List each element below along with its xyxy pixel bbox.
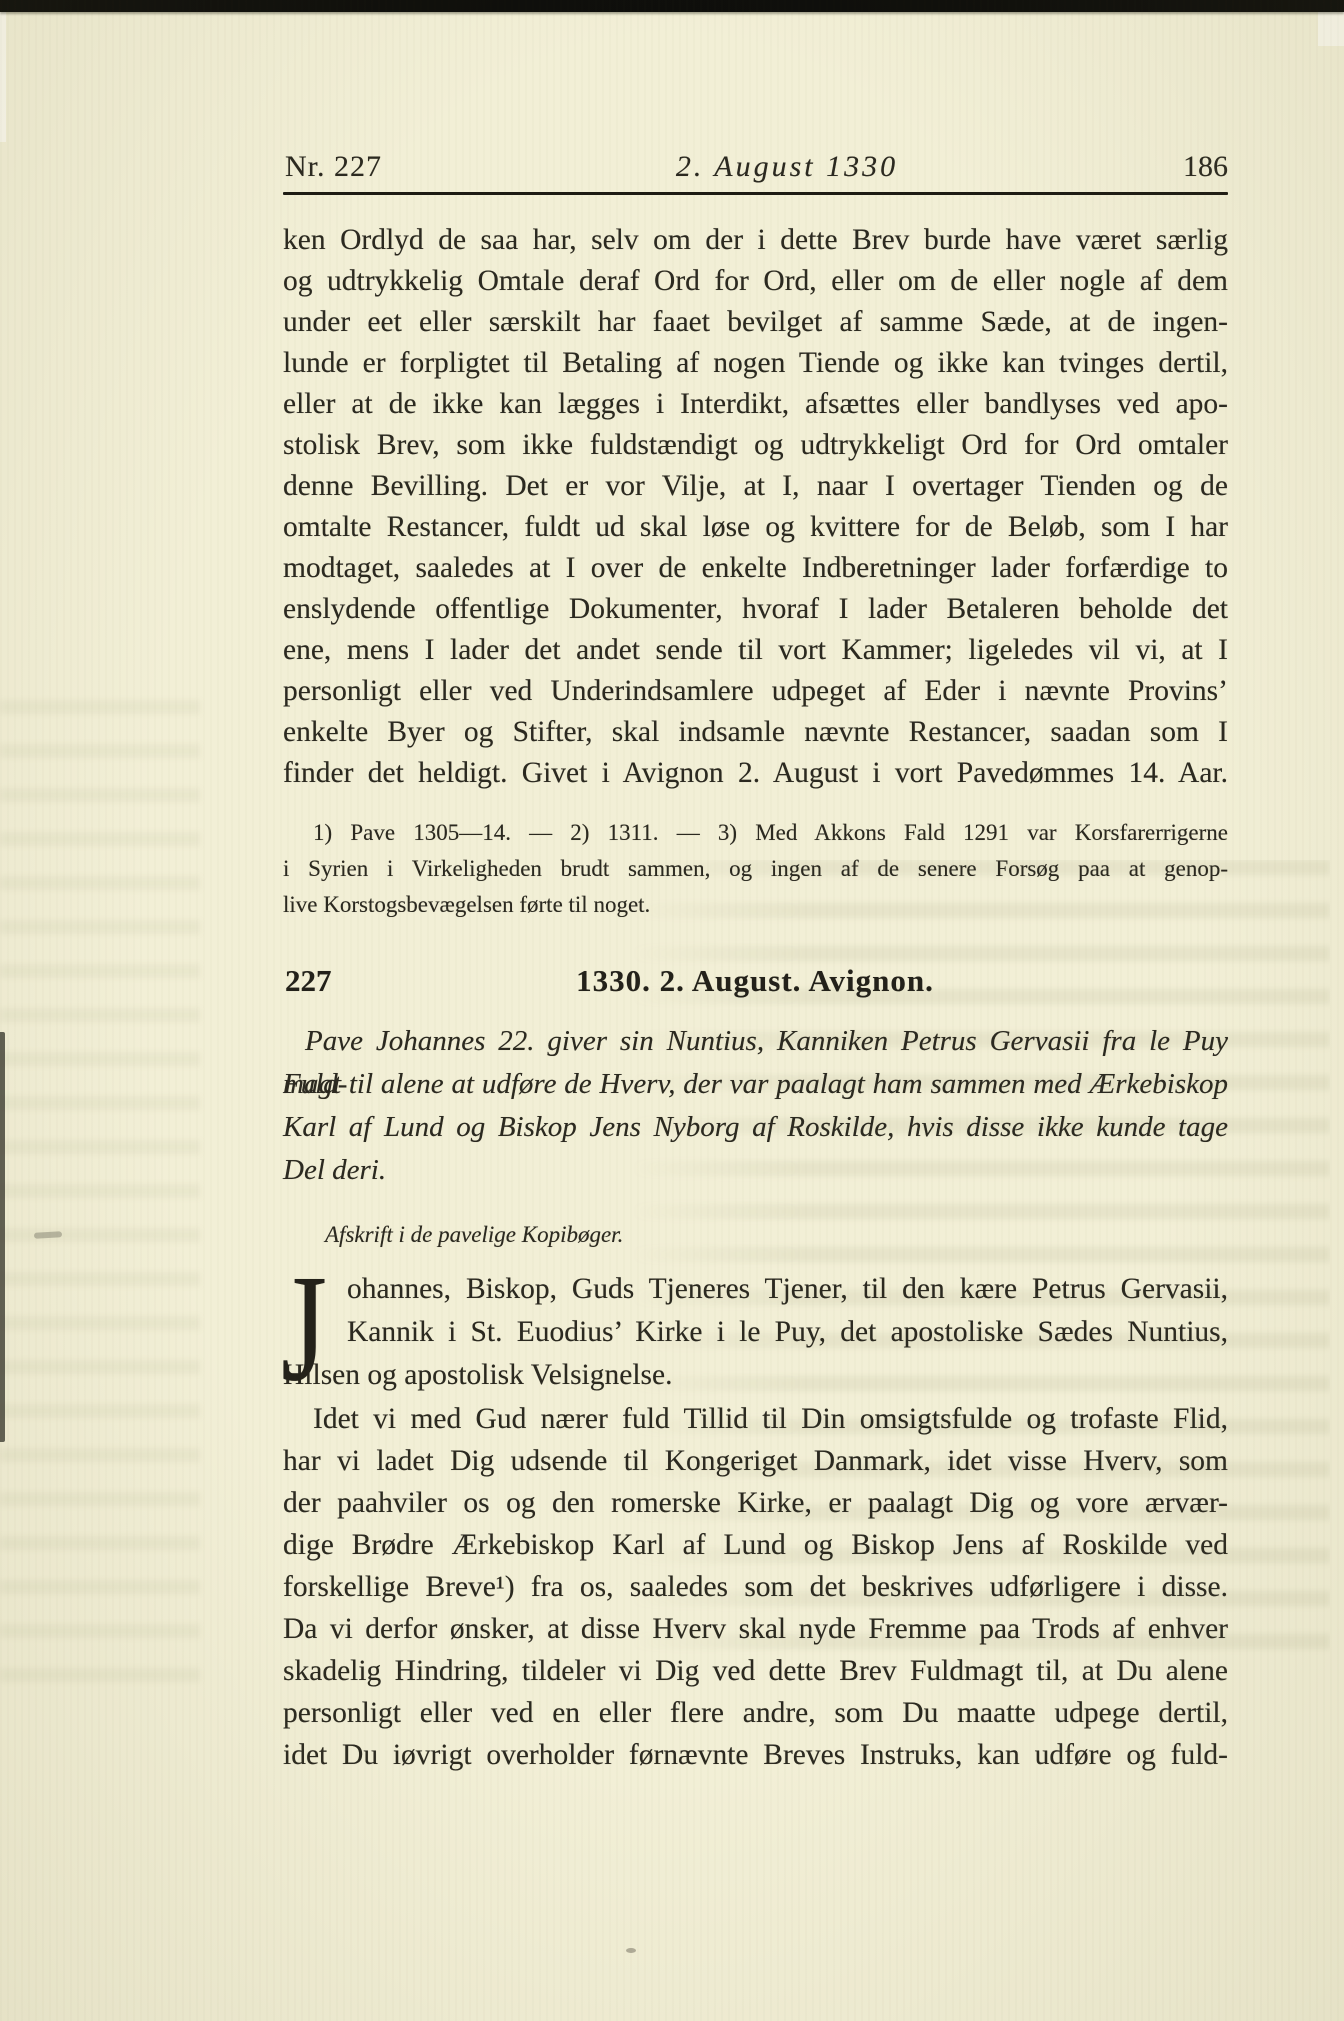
footnote-block: 1) Pave 1305—14. — 2) 1311. — 3) Med Akk… — [283, 815, 1228, 923]
letter-body-line: Idet vi med Gud nærer fuld Tillid til Di… — [283, 1398, 1228, 1440]
salutation-line: Kannik i St. Euodius’ Kirke i le Puy, de… — [347, 1311, 1228, 1354]
scan-left-edge-mark — [0, 1032, 5, 1442]
text-line: stolisk Brev, som ikke fuldstændigt og u… — [283, 425, 1228, 466]
text-line: omtalte Restancer, fuldt ud skal løse og… — [283, 507, 1228, 548]
summary-line: Karl af Lund og Biskop Jens Nyborg af Ro… — [283, 1106, 1228, 1149]
page-number: 186 — [1183, 150, 1228, 184]
salutation-lines: ohannes, Biskop, Guds Tjeneres Tjener, t… — [283, 1268, 1228, 1354]
text-line: under eet eller særskilt har faaet bevil… — [283, 302, 1228, 343]
summary-line: Pave Johannes 22. giver sin Nuntius, Kan… — [283, 1020, 1228, 1063]
letter-body-line: idet Du iøvrigt overholder førnævnte Bre… — [283, 1734, 1228, 1776]
footnote-line: i Syrien i Virkeligheden brudt sammen, o… — [283, 851, 1228, 887]
letter-body-line: har vi ladet Dig udsende til Kongeriget … — [283, 1440, 1228, 1482]
letter-body-line: forskellige Breve¹) fra os, saaledes som… — [283, 1566, 1228, 1608]
scan-edge-highlight-right — [1318, 12, 1344, 46]
text-line: personligt eller ved Underindsamlere udp… — [283, 671, 1228, 712]
letter-body-line: personligt eller ved en eller flere andr… — [283, 1692, 1228, 1734]
text-line: enkelte Byer og Stifter, skal indsamle n… — [283, 712, 1228, 753]
letter-body-paragraph: Idet vi med Gud nærer fuld Tillid til Di… — [283, 1398, 1228, 1776]
footnote-line: live Korstogsbevægelsen førte til noget. — [283, 887, 1228, 923]
summary-line: Del deri. — [283, 1149, 1228, 1192]
running-head-date: 2. August 1330 — [676, 150, 898, 184]
summary-paragraph: Pave Johannes 22. giver sin Nuntius, Kan… — [283, 1020, 1228, 1192]
running-head: Nr. 227 2. August 1330 186 — [283, 150, 1228, 190]
text-line: enslydende offentlige Dokumenter, hvoraf… — [283, 589, 1228, 630]
letter-body-line: Da vi derfor ønsker, at disse Hverv skal… — [283, 1608, 1228, 1650]
paper-speck — [626, 1948, 636, 1953]
scan-top-bar — [0, 0, 1344, 12]
text-line: eller at de ikke kan lægges i Interdikt,… — [283, 384, 1228, 425]
summary-line: magt til alene at udføre de Hverv, der v… — [283, 1063, 1228, 1106]
header-rule — [283, 192, 1228, 195]
entry-date-place: 1330. 2. August. Avignon. — [576, 963, 934, 999]
letter-body-line: der paahviler os og den romerske Kirke, … — [283, 1482, 1228, 1524]
text-line: lunde er forpligtet til Betaling af noge… — [283, 343, 1228, 384]
letter-salutation: J ohannes, Biskop, Guds Tjeneres Tjener,… — [283, 1268, 1228, 1397]
text-line: og udtrykkelig Omtale deraf Ord for Ord,… — [283, 261, 1228, 302]
entry-number: 227 — [285, 963, 332, 999]
source-note: Afskrift i de pavelige Kopibøger. — [283, 1222, 1270, 1248]
reverse-page-bleed-through-left — [0, 700, 200, 1700]
scan-edge-highlight-left — [0, 12, 6, 142]
entry-heading: 227 1330. 2. August. Avignon. — [283, 963, 1228, 1005]
letter-body-line: dige Brødre Ærkebiskop Karl af Lund og B… — [283, 1524, 1228, 1566]
text-line: finder det heldigt. Givet i Avignon 2. A… — [283, 753, 1228, 794]
text-line: denne Bevilling. Det er vor Vilje, at I,… — [283, 466, 1228, 507]
document-number-label: Nr. 227 — [285, 150, 382, 184]
salutation-closing-line: Hilsen og apostolisk Velsignelse. — [283, 1354, 1228, 1397]
scanned-book-page: Nr. 227 2. August 1330 186 ken Ordlyd de… — [0, 0, 1344, 2021]
letter-body-line: skadelig Hindring, tildeler vi Dig ved d… — [283, 1650, 1228, 1692]
drop-cap-initial: J — [281, 1252, 327, 1405]
continued-paragraph: ken Ordlyd de saa har, selv om der i det… — [283, 220, 1228, 794]
text-line: modtaget, saaledes at I over de enkelte … — [283, 548, 1228, 589]
salutation-line: ohannes, Biskop, Guds Tjeneres Tjener, t… — [347, 1268, 1228, 1311]
footnote-line: 1) Pave 1305—14. — 2) 1311. — 3) Med Akk… — [283, 815, 1228, 851]
text-line: ken Ordlyd de saa har, selv om der i det… — [283, 220, 1228, 261]
text-line: ene, mens I lader det andet sende til vo… — [283, 630, 1228, 671]
